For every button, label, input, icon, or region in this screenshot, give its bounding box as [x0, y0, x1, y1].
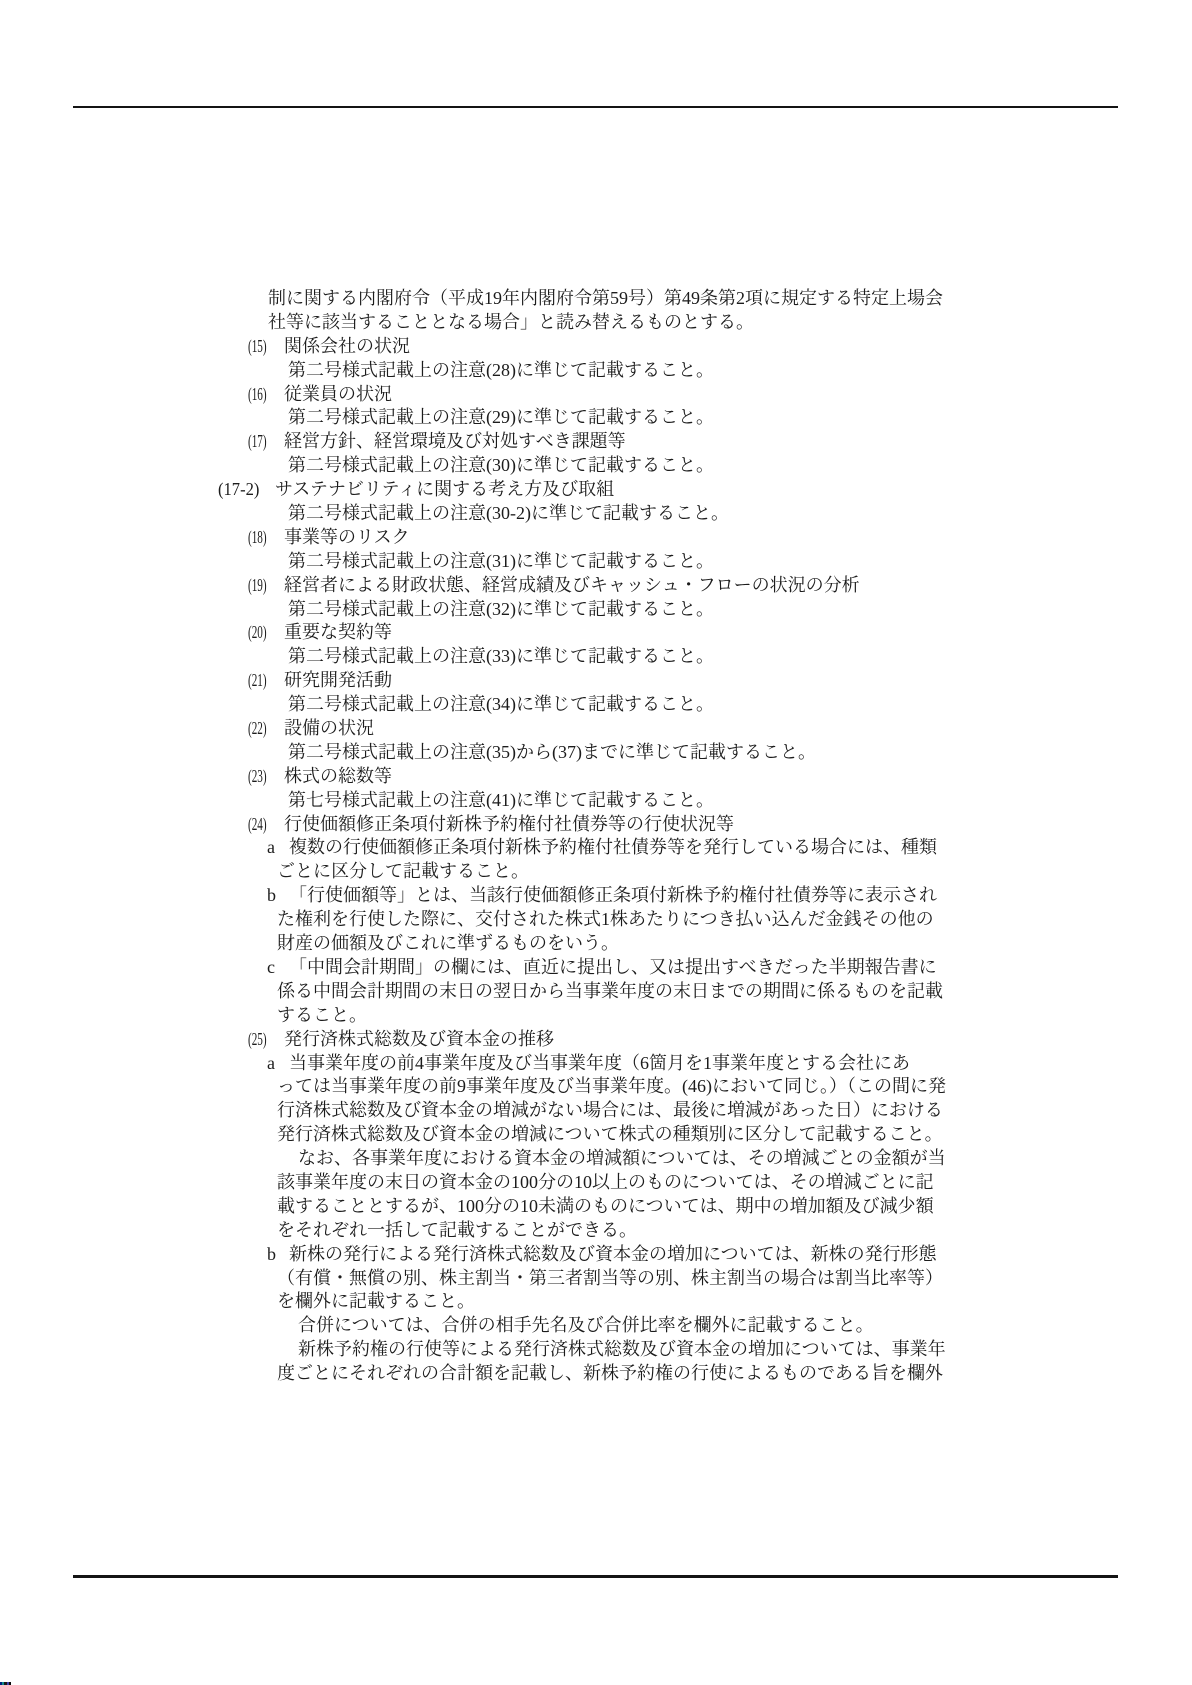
item-number: (15): [248, 335, 270, 359]
item-number: (23): [248, 765, 270, 789]
text-line: 第二号様式記載上の注意(33)に準じて記載すること。: [0, 645, 1192, 669]
bottom-rule: [73, 1575, 1118, 1578]
text-line: 載することとするが、100分の10未満のものについては、期中の増加額及び減少額: [0, 1195, 1192, 1219]
line-text: 第七号様式記載上の注意(41)に準じて記載すること。: [288, 790, 714, 810]
text-line: (16)従業員の状況: [0, 383, 1192, 407]
text-line: 度ごとにそれぞれの合計額を記載し、新株予約権の行使によるものである旨を欄外: [0, 1362, 1192, 1386]
text-line: (23)株式の総数等: [0, 765, 1192, 789]
text-line: a複数の行使価額修正条項付新株予約権付社債券等を発行している場合には、種類: [0, 836, 1192, 860]
sub-item-letter: a: [267, 1052, 289, 1076]
line-text: すること。: [277, 1005, 367, 1025]
sub-item-letter: b: [267, 1243, 289, 1267]
line-text: 新株予約権の行使等による発行済株式総数及び資本金の増加については、事業年: [298, 1339, 946, 1359]
line-text: 研究開発活動: [284, 670, 392, 690]
item-number: (24): [248, 813, 270, 837]
text-line: (17-2)サステナビリティに関する考え方及び取組: [0, 478, 1192, 502]
text-line: 第二号様式記載上の注意(30-2)に準じて記載すること。: [0, 502, 1192, 526]
line-text: 設備の状況: [284, 718, 374, 738]
text-line: (25)発行済株式総数及び資本金の推移: [0, 1028, 1192, 1052]
line-text: 合併については、合併の相手先名及び合併比率を欄外に記載すること。: [298, 1315, 874, 1335]
text-line: 第二号様式記載上の注意(30)に準じて記載すること。: [0, 454, 1192, 478]
line-text: 事業等のリスク: [284, 527, 410, 547]
line-text: 第二号様式記載上の注意(28)に準じて記載すること。: [288, 360, 714, 380]
line-text: 第二号様式記載上の注意(29)に準じて記載すること。: [288, 407, 714, 427]
line-text: 財産の価額及びこれに準ずるものをいう。: [277, 933, 619, 953]
text-line: (17)経営方針、経営環境及び対処すべき課題等: [0, 430, 1192, 454]
sub-item-letter: a: [267, 836, 289, 860]
line-text: 「行使価額等」とは、当該行使価額修正条項付新株予約権付社債券等に表示され: [289, 885, 937, 905]
item-number: (25): [248, 1028, 270, 1052]
text-line: 第二号様式記載上の注意(32)に準じて記載すること。: [0, 598, 1192, 622]
text-line: 財産の価額及びこれに準ずるものをいう。: [0, 932, 1192, 956]
line-text: 経営方針、経営環境及び対処すべき課題等: [284, 431, 626, 451]
text-line: (19)経営者による財政状態、経営成績及びキャッシュ・フローの状況の分析: [0, 574, 1192, 598]
line-text: っては当事業年度の前9事業年度及び当事業年度。(46)において同じ。）（この間に…: [277, 1076, 946, 1096]
text-line: 第七号様式記載上の注意(41)に準じて記載すること。: [0, 789, 1192, 813]
item-number: (19): [248, 574, 270, 598]
line-text: サステナビリティに関する考え方及び取組: [275, 479, 614, 499]
top-rule: [73, 106, 1118, 108]
text-line: (18)事業等のリスク: [0, 526, 1192, 550]
line-text: 行済株式総数及び資本金の増減がない場合には、最後に増減があった日）における: [277, 1100, 943, 1120]
line-text: 載することとするが、100分の10未満のものについては、期中の増加額及び減少額: [277, 1196, 934, 1216]
text-line: 合併については、合併の相手先名及び合併比率を欄外に記載すること。: [0, 1314, 1192, 1338]
text-line: っては当事業年度の前9事業年度及び当事業年度。(46)において同じ。）（この間に…: [0, 1075, 1192, 1099]
text-line: (22)設備の状況: [0, 717, 1192, 741]
text-line: すること。: [0, 1004, 1192, 1028]
line-text: をそれぞれ一括して記載することができる。: [277, 1220, 637, 1240]
item-number: (20): [248, 621, 270, 645]
line-text: 行使価額修正条項付新株予約権付社債券等の行使状況等: [284, 814, 734, 834]
text-line: c「中間会計期間」の欄には、直近に提出し、又は提出すべきだった半期報告書に: [0, 956, 1192, 980]
line-text: 発行済株式総数及び資本金の推移: [284, 1029, 554, 1049]
text-line: なお、各事業年度における資本金の増減額については、その増減ごとの金額が当: [0, 1147, 1192, 1171]
text-line: 発行済株式総数及び資本金の増減について株式の種類別に区分して記載すること。: [0, 1123, 1192, 1147]
line-text: を欄外に記載すること。: [277, 1291, 475, 1311]
line-text: なお、各事業年度における資本金の増減額については、その増減ごとの金額が当: [298, 1148, 946, 1168]
text-line: 第二号様式記載上の注意(28)に準じて記載すること。: [0, 359, 1192, 383]
line-text: 第二号様式記載上の注意(30-2)に準じて記載すること。: [288, 503, 729, 523]
text-line: 第二号様式記載上の注意(35)から(37)までに準じて記載すること。: [0, 741, 1192, 765]
text-line: をそれぞれ一括して記載することができる。: [0, 1219, 1192, 1243]
line-text: 当事業年度の前4事業年度及び当事業年度（6箇月を1事業年度とする会社にあ: [289, 1053, 910, 1073]
item-number: (16): [248, 383, 270, 407]
text-line: b新株の発行による発行済株式総数及び資本金の増加については、新株の発行形態: [0, 1243, 1192, 1267]
text-line: 該事業年度の末日の資本金の100分の10以上のものについては、その増減ごとに記: [0, 1171, 1192, 1195]
text-line: (15)関係会社の状況: [0, 335, 1192, 359]
line-text: 制に関する内閣府令（平成19年内閣府令第59号）第49条第2項に規定する特定上場…: [268, 288, 943, 308]
item-number: (17): [248, 430, 270, 454]
line-text: 重要な契約等: [284, 622, 392, 642]
line-text: た権利を行使した際に、交付された株式1株あたりにつき払い込んだ金銭その他の: [277, 909, 934, 929]
line-text: 関係会社の状況: [284, 336, 410, 356]
line-text: 株式の総数等: [284, 766, 392, 786]
text-line: b「行使価額等」とは、当該行使価額修正条項付新株予約権付社債券等に表示され: [0, 884, 1192, 908]
item-number: (18): [248, 526, 270, 550]
line-text: 第二号様式記載上の注意(33)に準じて記載すること。: [288, 646, 714, 666]
text-line: (24)行使価額修正条項付新株予約権付社債券等の行使状況等: [0, 813, 1192, 837]
text-line: 社等に該当することとなる場合」と読み替えるものとする。: [0, 311, 1192, 335]
line-text: 度ごとにそれぞれの合計額を記載し、新株予約権の行使によるものである旨を欄外: [277, 1363, 943, 1383]
line-text: 複数の行使価額修正条項付新株予約権付社債券等を発行している場合には、種類: [289, 837, 937, 857]
item-number: (22): [248, 717, 270, 741]
line-text: （有償・無償の別、株主割当・第三者割当等の別、株主割当の場合は割当比率等）: [277, 1268, 943, 1288]
line-text: 社等に該当することとなる場合」と読み替えるものとする。: [268, 312, 754, 332]
document-page: 制に関する内閣府令（平成19年内閣府令第59号）第49条第2項に規定する特定上場…: [0, 0, 1192, 1685]
line-text: ごとに区分して記載すること。: [277, 861, 529, 881]
line-text: 従業員の状況: [284, 384, 392, 404]
sub-item-letter: c: [267, 956, 289, 980]
text-line: （有償・無償の別、株主割当・第三者割当等の別、株主割当の場合は割当比率等）: [0, 1267, 1192, 1291]
line-text: 第二号様式記載上の注意(34)に準じて記載すること。: [288, 694, 714, 714]
line-text: 該事業年度の末日の資本金の100分の10以上のものについては、その増減ごとに記: [277, 1172, 934, 1192]
line-text: 第二号様式記載上の注意(32)に準じて記載すること。: [288, 599, 714, 619]
line-text: 発行済株式総数及び資本金の増減について株式の種類別に区分して記載すること。: [277, 1124, 943, 1144]
line-text: 係る中間会計期間の末日の翌日から当事業年度の末日までの期間に係るものを記載: [277, 981, 943, 1001]
line-text: 経営者による財政状態、経営成績及びキャッシュ・フローの状況の分析: [284, 575, 860, 595]
line-text: 第二号様式記載上の注意(31)に準じて記載すること。: [288, 551, 714, 571]
text-line: 制に関する内閣府令（平成19年内閣府令第59号）第49条第2項に規定する特定上場…: [0, 287, 1192, 311]
item-number: (21): [248, 669, 270, 693]
text-line: a当事業年度の前4事業年度及び当事業年度（6箇月を1事業年度とする会社にあ: [0, 1052, 1192, 1076]
text-line: 行済株式総数及び資本金の増減がない場合には、最後に増減があった日）における: [0, 1099, 1192, 1123]
text-line: た権利を行使した際に、交付された株式1株あたりにつき払い込んだ金銭その他の: [0, 908, 1192, 932]
line-text: 新株の発行による発行済株式総数及び資本金の増加については、新株の発行形態: [289, 1244, 937, 1264]
text-line: 第二号様式記載上の注意(31)に準じて記載すること。: [0, 550, 1192, 574]
text-line: 第二号様式記載上の注意(29)に準じて記載すること。: [0, 406, 1192, 430]
line-text: 第二号様式記載上の注意(35)から(37)までに準じて記載すること。: [288, 742, 816, 762]
line-text: 「中間会計期間」の欄には、直近に提出し、又は提出すべきだった半期報告書に: [289, 957, 937, 977]
sub-item-letter: b: [267, 884, 289, 908]
text-line: 新株予約権の行使等による発行済株式総数及び資本金の増加については、事業年: [0, 1338, 1192, 1362]
item-number: (17-2): [218, 478, 270, 502]
text-line: ごとに区分して記載すること。: [0, 860, 1192, 884]
text-line: (21)研究開発活動: [0, 669, 1192, 693]
text-line: を欄外に記載すること。: [0, 1290, 1192, 1314]
document-text: 制に関する内閣府令（平成19年内閣府令第59号）第49条第2項に規定する特定上場…: [0, 287, 1192, 1386]
text-line: (20)重要な契約等: [0, 621, 1192, 645]
line-text: 第二号様式記載上の注意(30)に準じて記載すること。: [288, 455, 714, 475]
text-line: 係る中間会計期間の末日の翌日から当事業年度の末日までの期間に係るものを記載: [0, 980, 1192, 1004]
text-line: 第二号様式記載上の注意(34)に準じて記載すること。: [0, 693, 1192, 717]
